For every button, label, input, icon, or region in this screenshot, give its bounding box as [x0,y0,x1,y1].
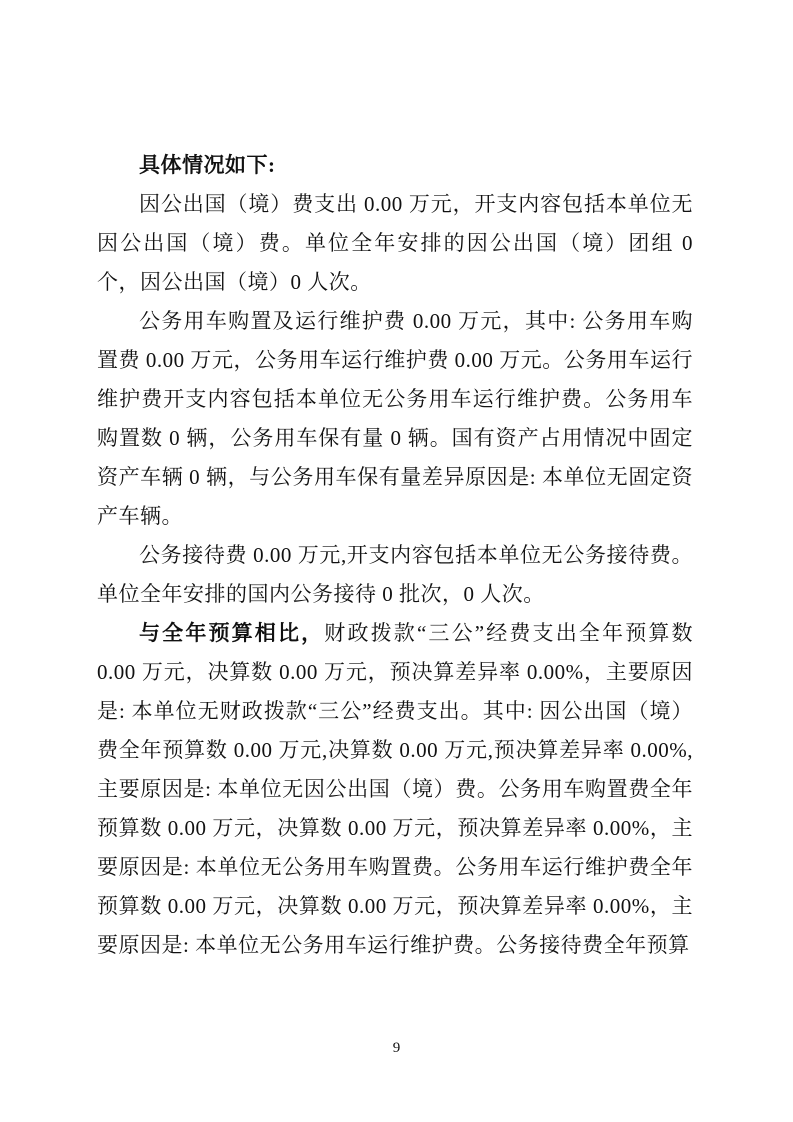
paragraph-budget-comparison: 与全年预算相比，财政拨款“三公”经费支出全年预算数 0.00 万元，决算数 0.… [97,614,693,965]
budget-comparison-lead: 与全年预算相比， [139,621,324,645]
budget-comparison-text: 财政拨款“三公”经费支出全年预算数 0.00 万元，决算数 0.00 万元，预决… [97,621,693,957]
page-number: 9 [0,1038,793,1058]
document-page: 具体情况如下: 因公出国（境）费支出 0.00 万元，开支内容包括本单位无因公出… [0,0,793,1122]
paragraph-overseas-trip-expense: 因公出国（境）费支出 0.00 万元，开支内容包括本单位无因公出国（境）费。单位… [97,185,693,302]
section-heading: 具体情况如下: [97,146,693,185]
paragraph-official-reception-expense: 公务接待费 0.00 万元,开支内容包括本单位无公务接待费。单位全年安排的国内公… [97,536,693,614]
paragraph-official-vehicle-expense: 公务用车购置及运行维护费 0.00 万元，其中: 公务用车购置费 0.00 万元… [97,302,693,536]
document-body: 具体情况如下: 因公出国（境）费支出 0.00 万元，开支内容包括本单位无因公出… [97,146,693,965]
